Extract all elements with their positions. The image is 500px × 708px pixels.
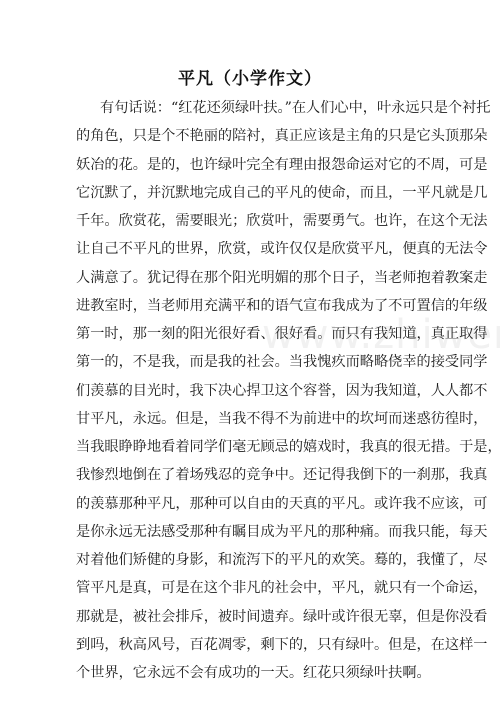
body-line: 进教室时，当老师用充满平和的语气宣布我成为了不可置信的年级: [76, 292, 426, 320]
body-line: 妖冶的花。是的，也许绿叶完全有理由报怨命运对它的不周，可是: [76, 151, 426, 179]
body-line: 我惨烈地倒在了着场残忍的竞争中。还记得我倒下的一刹那，我真: [76, 461, 426, 489]
body-line: 有句话说：“红花还须绿叶扶。”在人们心中，叶永远只是个衬托: [76, 94, 426, 122]
body-line: 那就是，被社会排斥，被时间遗弃。绿叶或许很无辜，但是你没看: [76, 603, 426, 631]
body-line: 人满意了。犹记得在那个阳光明媚的那个日子，当老师抱着教案走: [76, 264, 426, 292]
body-line: 甘平凡，永远。但是，当我不得不为前进中的坎坷而迷惑彷徨时，: [76, 405, 426, 433]
body-line: 对着他们矫健的身影，和流泻下的平凡的欢笑。蓦的，我懂了，尽: [76, 546, 426, 574]
body-line: 是你永远无法感受那种有瞩目成为平凡的那种痛。而我只能，每天: [76, 518, 426, 546]
body-line: 们羡慕的目光时，我下决心捍卫这个容誉，因为我知道，人人都不: [76, 377, 426, 405]
document-body: 有句话说：“红花还须绿叶扶。”在人们心中，叶永远只是个衬托 的角色，只是个不艳丽…: [76, 94, 426, 687]
body-line: 个世界，它永远不会有成功的一天。红花只须绿叶扶啊。: [76, 659, 426, 687]
body-line: 千年。欣赏花，需要眼光；欣赏叶，需要勇气。也许，在这个无法: [76, 207, 426, 235]
body-line: 管平凡是真，可是在这个非凡的社会中，平凡，就只有一个命运，: [76, 574, 426, 602]
body-line: 第一时，那一刻的阳光很好看、很好看。而只有我知道，真正取得: [76, 320, 426, 348]
body-line: 第一的，不是我，而是我的社会。当我愧疚而略略侥幸的接受同学: [76, 348, 426, 376]
document-title: 平凡（小学作文）: [0, 64, 500, 89]
body-line: 的角色，只是个不艳丽的陪衬，真正应该是主角的只是它头顶那朵: [76, 122, 426, 150]
body-line: 让自己不平凡的世界，欣赏，或许仅仅是欣赏平凡，便真的无法令: [76, 235, 426, 263]
body-line: 它沉默了，并沉默地完成自己的平凡的使命，而且，一平凡就是几: [76, 179, 426, 207]
body-line: 的羡慕那种平凡，那种可以自由的天真的平凡。或许我不应该，可: [76, 490, 426, 518]
body-line: 到吗，秋高风号，百花凋零，剩下的，只有绿叶。但是，在这样一: [76, 631, 426, 659]
body-line: 当我眼睁睁地看着同学们毫无顾忌的嬉戏时，我真的很无措。于是，: [76, 433, 426, 461]
document-page: 平凡（小学作文） 有句话说：“红花还须绿叶扶。”在人们心中，叶永远只是个衬托 的…: [0, 0, 500, 708]
